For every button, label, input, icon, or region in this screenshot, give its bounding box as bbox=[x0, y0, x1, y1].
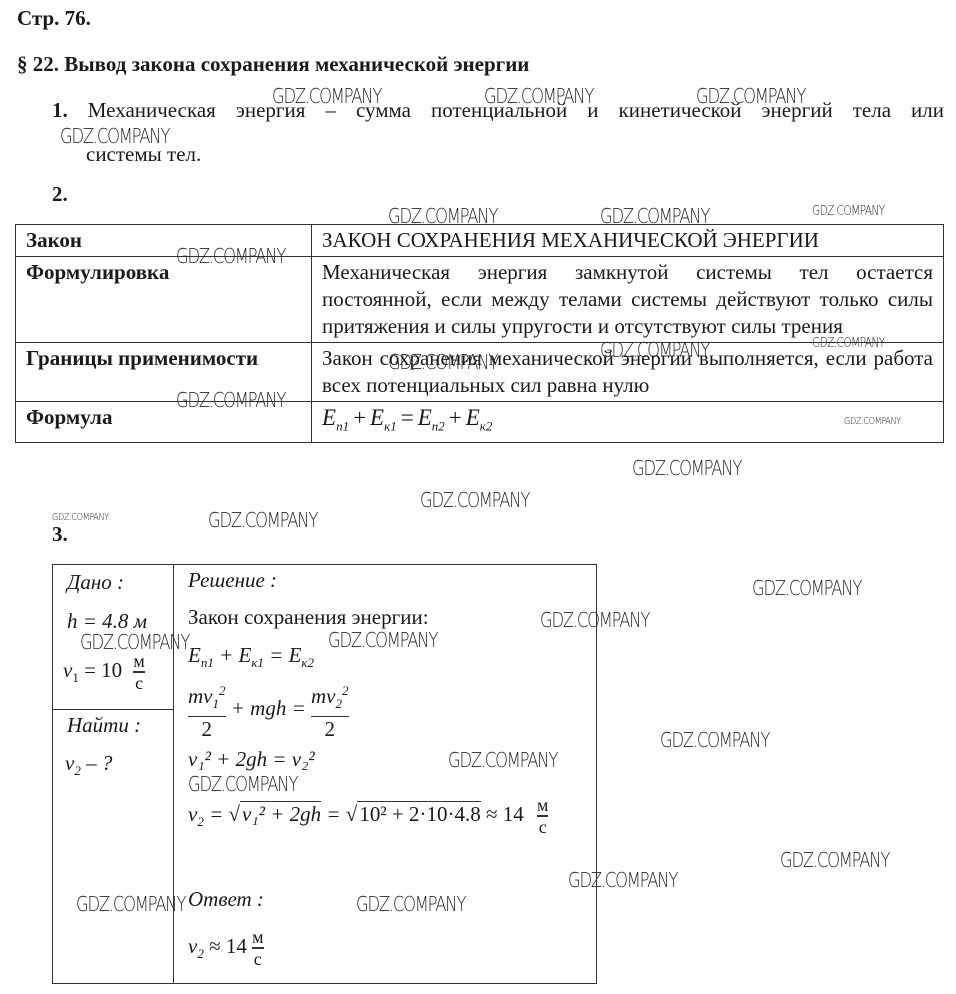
find-value: v2 – ? bbox=[65, 751, 112, 779]
law-text: Закон сохранения энергии: bbox=[188, 605, 429, 630]
watermark: GDZ.COMPANY bbox=[52, 512, 109, 523]
watermark: GDZ.COMPANY bbox=[388, 204, 497, 228]
row-value: ЗАКОН СОХРАНЕНИЯ МЕХАНИЧЕСКОЙ ЭНЕРГИИ bbox=[312, 225, 944, 257]
answer-label: Ответ : bbox=[188, 887, 264, 912]
given-label: Дано : bbox=[67, 570, 124, 595]
find-label: Найти : bbox=[67, 713, 141, 738]
item-2-number: 2. bbox=[52, 182, 68, 207]
item-1-number: 1. bbox=[52, 98, 68, 122]
law-table: Закон ЗАКОН СОХРАНЕНИЯ МЕХАНИЧЕСКОЙ ЭНЕР… bbox=[15, 224, 944, 443]
watermark: GDZ.COMPANY bbox=[812, 336, 885, 351]
watermark: GDZ.COMPANY bbox=[752, 576, 861, 600]
given-divider bbox=[53, 709, 173, 710]
watermark: GDZ.COMPANY bbox=[328, 628, 437, 652]
column-divider bbox=[173, 565, 174, 983]
watermark: GDZ.COMPANY bbox=[696, 84, 805, 108]
watermark: GDZ.COMPANY bbox=[388, 350, 497, 374]
energy-formula: Eп1+Eк1=Eп2+Eк2 bbox=[322, 405, 492, 430]
velocity-calculation: v2 = √v₁² + 2gh = √10² + 2·10·4.8 ≈ 14 м… bbox=[188, 795, 548, 837]
watermark: GDZ.COMPANY bbox=[780, 848, 889, 872]
solution-label: Решение : bbox=[188, 568, 277, 593]
watermark: GDZ.COMPANY bbox=[660, 728, 769, 752]
item-3-number: 3. bbox=[52, 522, 68, 547]
table-row: Формулировка Механическая энергия замкну… bbox=[16, 257, 944, 343]
watermark: GDZ.COMPANY bbox=[208, 508, 317, 532]
watermark: GDZ.COMPANY bbox=[812, 204, 885, 219]
page-label: Стр. 76. bbox=[17, 6, 91, 31]
watermark: GDZ.COMPANY bbox=[844, 416, 901, 427]
watermark: GDZ.COMPANY bbox=[484, 84, 593, 108]
watermark: GDZ.COMPANY bbox=[448, 748, 557, 772]
row-key: Формулировка bbox=[16, 257, 312, 343]
watermark: GDZ.COMPANY bbox=[356, 892, 465, 916]
watermark: GDZ.COMPANY bbox=[76, 892, 185, 916]
table-row: Закон ЗАКОН СОХРАНЕНИЯ МЕХАНИЧЕСКОЙ ЭНЕР… bbox=[16, 225, 944, 257]
watermark: GDZ.COMPANY bbox=[176, 244, 285, 268]
watermark: GDZ.COMPANY bbox=[420, 488, 529, 512]
problem-box: Дано : h = 4.8 м v1 = 10 мс Найти : v2 –… bbox=[52, 564, 597, 984]
kinetic-equation: mv122 + mgh = mv222 bbox=[188, 679, 349, 741]
watermark: GDZ.COMPANY bbox=[568, 868, 677, 892]
watermark: GDZ.COMPANY bbox=[80, 630, 189, 654]
table-row: Формула Eп1+Eк1=Eп2+Eк2 bbox=[16, 402, 944, 443]
section-title: § 22. Вывод закона сохранения механическ… bbox=[17, 52, 529, 77]
watermark: GDZ.COMPANY bbox=[188, 772, 297, 796]
watermark: GDZ.COMPANY bbox=[600, 338, 709, 362]
watermark: GDZ.COMPANY bbox=[632, 456, 741, 480]
watermark: GDZ.COMPANY bbox=[272, 84, 381, 108]
watermark: GDZ.COMPANY bbox=[60, 124, 169, 148]
given-velocity: v1 = 10 мс bbox=[63, 651, 145, 693]
watermark: GDZ.COMPANY bbox=[600, 204, 709, 228]
watermark: GDZ.COMPANY bbox=[540, 608, 649, 632]
energy-equation: Eп1 + Eк1 = Eк2 bbox=[188, 643, 314, 671]
simplified-equation: v₁² + 2gh = v₂² bbox=[188, 747, 315, 772]
answer-value: v2 ≈ 14 мс bbox=[188, 927, 264, 969]
watermark: GDZ.COMPANY bbox=[176, 388, 285, 412]
row-value: Механическая энергия замкнутой системы т… bbox=[312, 257, 944, 343]
